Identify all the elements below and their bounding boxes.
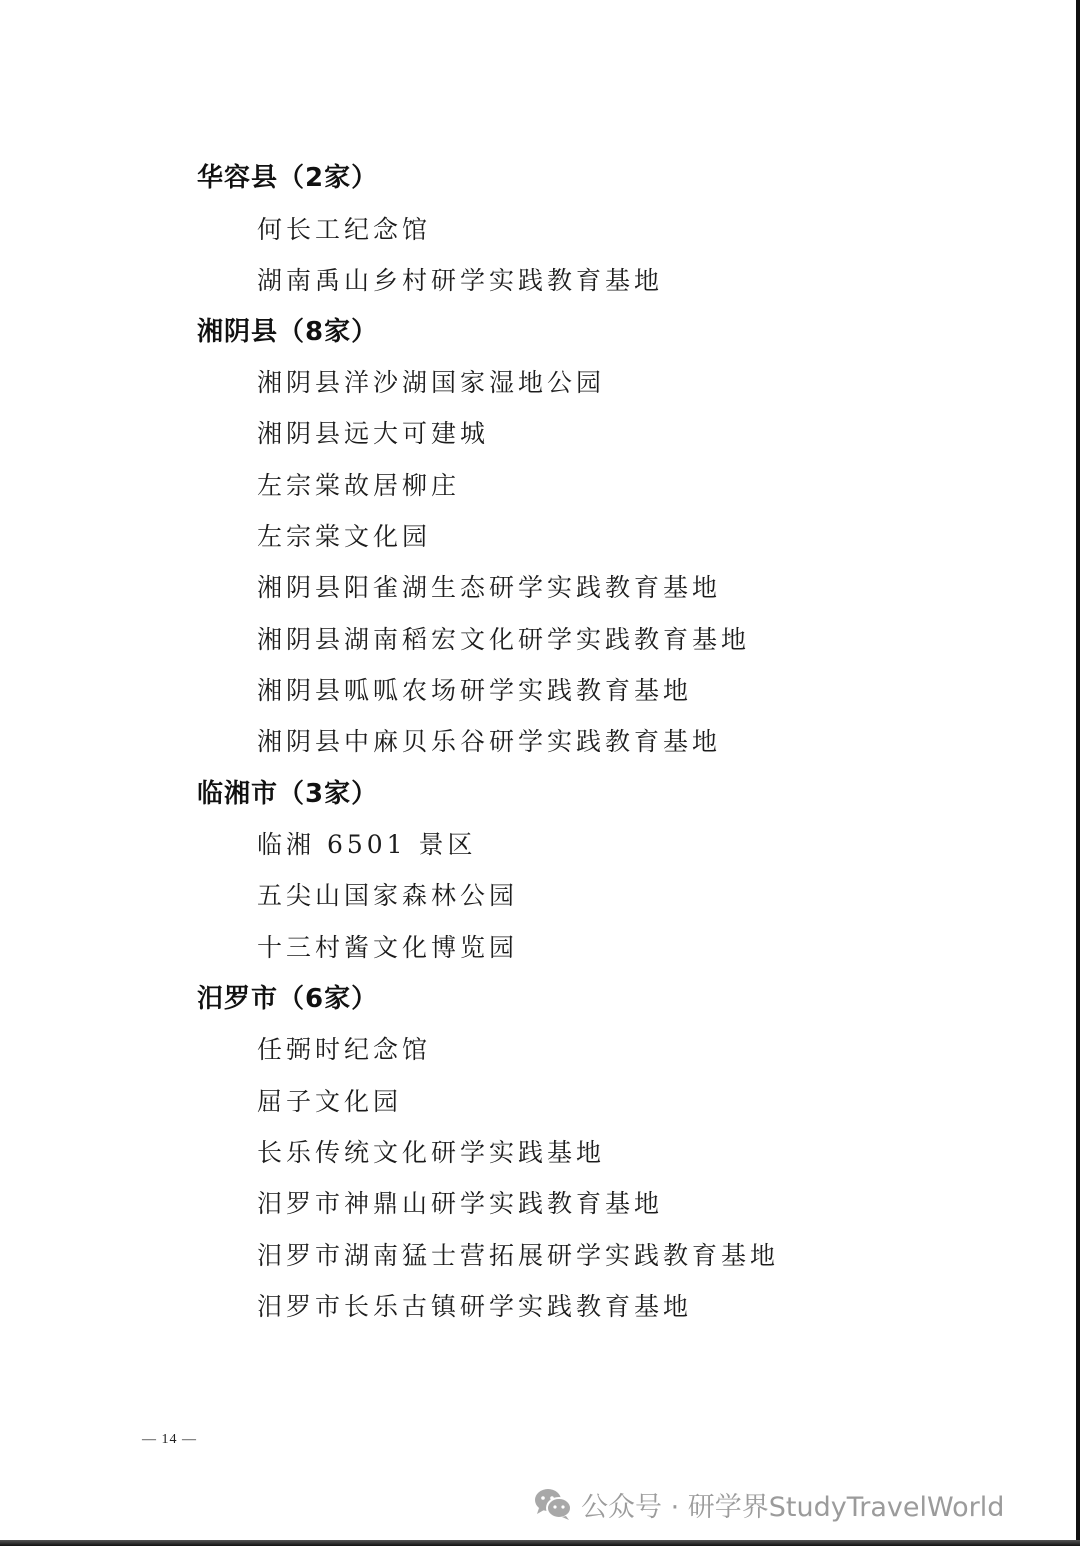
list-item: 湘阴县洋沙湖国家湿地公园 [257,367,605,399]
list-item: 湖南禹山乡村研学实践教育基地 [257,265,663,297]
wechat-icon [533,1487,573,1521]
list-item: 汨罗市湖南猛士营拓展研学实践教育基地 [257,1240,779,1272]
document-page: 华容县（2家） 何长工纪念馆 湖南禹山乡村研学实践教育基地 湘阴县（8家） 湘阴… [0,0,1077,1540]
list-item: 左宗棠文化园 [257,521,431,553]
section-heading-xiangyin: 湘阴县（8家） [197,316,378,348]
page-right-border [1076,0,1080,1546]
list-item: 任弼时纪念馆 [257,1034,431,1066]
watermark: 公众号 · 研学界StudyTravelWorld [533,1484,1004,1524]
section-heading-miluo: 汨罗市（6家） [197,983,378,1015]
list-item: 临湘 6501 景区 [257,829,477,861]
page-bottom-border [0,1540,1080,1546]
list-item: 屈子文化园 [257,1086,402,1118]
list-item: 湘阴县湖南稻宏文化研学实践教育基地 [257,624,750,656]
list-item: 湘阴县远大可建城 [257,418,489,450]
list-item: 长乐传统文化研学实践基地 [257,1137,605,1169]
list-item: 左宗棠故居柳庄 [257,470,460,502]
list-item: 十三村酱文化博览园 [257,932,518,964]
list-item: 湘阴县呱呱农场研学实践教育基地 [257,675,692,707]
list-item: 湘阴县阳雀湖生态研学实践教育基地 [257,572,721,604]
section-heading-linxiang: 临湘市（3家） [197,778,378,810]
list-item: 汨罗市神鼎山研学实践教育基地 [257,1188,663,1220]
list-item: 五尖山国家森林公园 [257,880,518,912]
list-item: 湘阴县中麻贝乐谷研学实践教育基地 [257,726,721,758]
section-heading-huarong: 华容县（2家） [197,162,378,194]
list-item: 何长工纪念馆 [257,214,431,246]
watermark-text: 公众号 · 研学界StudyTravelWorld [581,1485,1004,1524]
list-item: 汨罗市长乐古镇研学实践教育基地 [257,1291,692,1323]
page-number: — 14 — [142,1432,197,1448]
